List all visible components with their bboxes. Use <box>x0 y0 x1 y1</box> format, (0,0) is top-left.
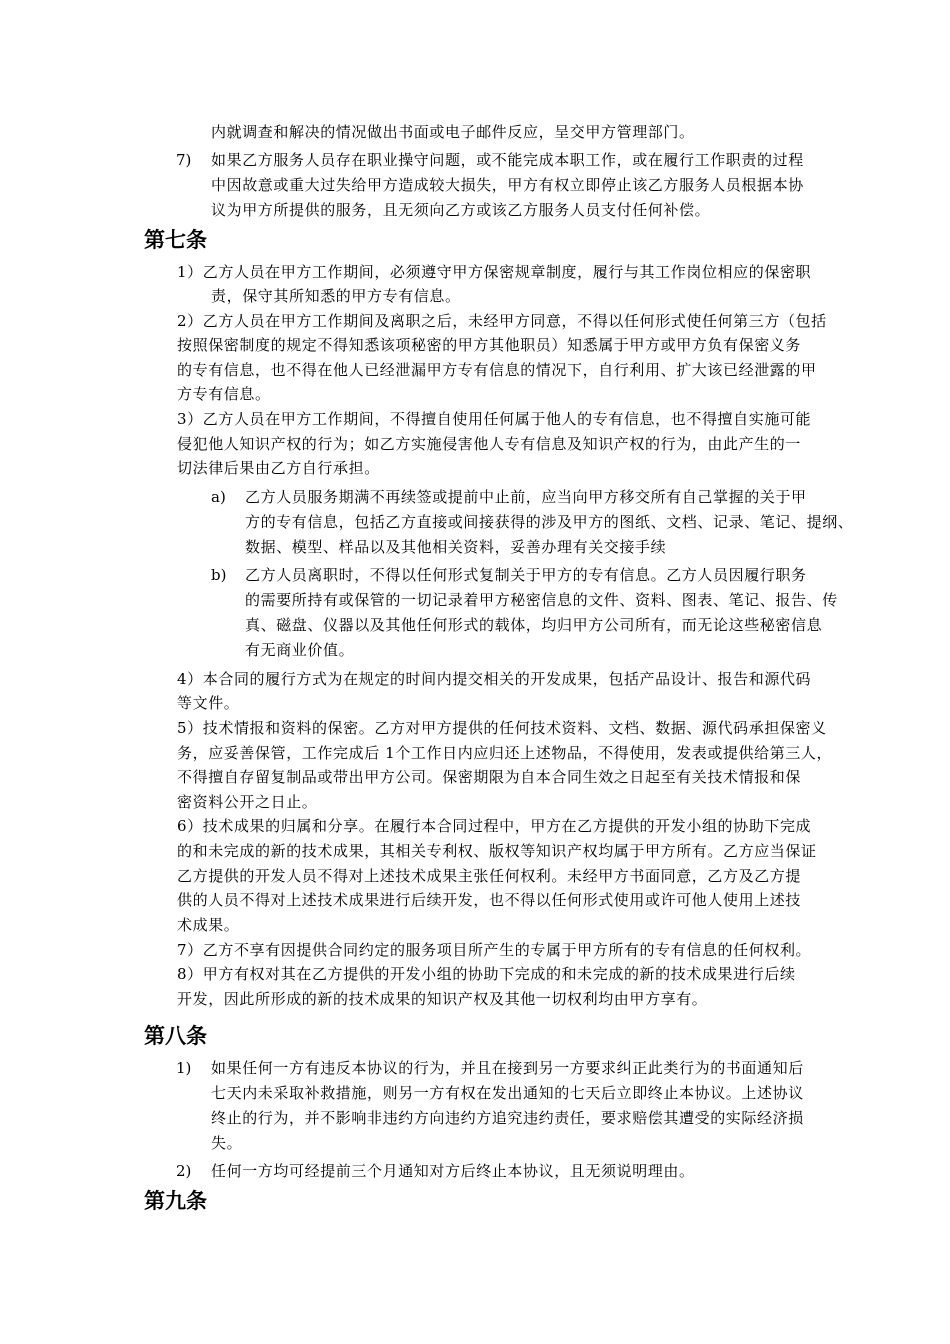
paragraph-line: 7）乙方不享有因提供合同约定的服务项目所产生的专属于甲方所有的专有信息的任何权利… <box>177 940 811 960</box>
paragraph-line: 3）乙方人员在甲方工作期间，不得擅自使用任何属于他人的专有信息，也不得擅自实施可… <box>177 409 811 429</box>
paragraph-line: 失。 <box>211 1133 242 1153</box>
paragraph-line: 2）乙方人员在甲方工作期间及离职之后，未经甲方同意，不得以任何形式使任何第三方（… <box>177 311 827 331</box>
paragraph-line: 如果乙方服务人员存在职业操守问题，或不能完成本职工作，或在履行工作职责的过程 <box>211 150 804 170</box>
list-letter: a) <box>211 487 226 507</box>
paragraph-line: 切法律后果由乙方自行承担。 <box>177 458 380 478</box>
paragraph-line: 方的专有信息，包括乙方直接或间接获得的涉及甲方的图纸、文档、记录、笔记、提纲、 <box>245 512 853 532</box>
paragraph-line: 的需要所持有或保管的一切记录着甲方秘密信息的文件、资料、图表、笔记、报告、传 <box>245 590 838 610</box>
paragraph-line: 的专有信息，也不得在他人已经泄漏甲方专有信息的情况下，自行利用、扩大该已经泄露的… <box>177 360 817 380</box>
paragraph-line: 等文件。 <box>177 693 239 713</box>
paragraph-line: 乙方提供的开发人员不得对上述技术成果主张任何权利。未经甲方书面同意，乙方及乙方提 <box>177 866 801 886</box>
paragraph-line: 6）技术成果的归属和分享。在履行本合同过程中，甲方在乙方提供的开发小组的协助下完… <box>177 816 811 836</box>
paragraph-line: 中因故意或重大过失给甲方造成较大损失，甲方有权立即停止该乙方服务人员根据本协 <box>211 175 804 195</box>
paragraph-line: 终止的行为，并不影响非违约方向违约方追究违约责任，要求赔偿其遭受的实际经济损 <box>211 1108 804 1128</box>
paragraph-line: 责，保守其所知悉的甲方专有信息。 <box>211 286 461 306</box>
paragraph-line: 供的人员不得对上述技术成果进行后续开发，也不得以任何形式使用或许可他人使用上述技 <box>177 890 801 910</box>
paragraph-line: 有无商业价值。 <box>245 640 354 660</box>
paragraph-line: 七天内未采取补救措施，则另一方有权在发出通知的七天后立即终止本协议。上述协议 <box>211 1083 804 1103</box>
list-number: 1) <box>176 1058 191 1078</box>
paragraph-line: 内就调查和解决的情况做出书面或电子邮件反应，呈交甲方管理部门。 <box>211 122 695 142</box>
paragraph-line: 数据、模型、样品以及其他相关资料，妥善办理有关交接手续 <box>245 537 666 557</box>
paragraph-line: 乙方人员离职时，不得以任何形式复制关于甲方的专有信息。乙方人员因履行职务 <box>245 565 807 585</box>
list-number: 7) <box>176 150 191 170</box>
paragraph-line: 1）乙方人员在甲方工作期间，必须遵守甲方保密规章制度，履行与其工作岗位相应的保密… <box>177 262 811 282</box>
paragraph-line: 开发，因此所形成的新的技术成果的知识产权及其他一切权利均由甲方享有。 <box>177 989 707 1009</box>
paragraph-line: 5）技术情报和资料的保密。乙方对甲方提供的任何技术资料、文档、数据、源代码承担保… <box>177 718 827 738</box>
paragraph-line: 按照保密制度的规定不得知悉该项秘密的甲方其他职员）知悉属于甲方或甲方负有保密义务 <box>177 335 801 355</box>
paragraph-line: 如果任何一方有违反本协议的行为，并且在接到另一方要求纠正此类行为的书面通知后 <box>211 1058 804 1078</box>
article-heading: 第九条 <box>144 1188 207 1214</box>
paragraph-line: 不得擅自存留复制品或带出甲方公司。保密期限为自本合同生效之日起至有关技术情报和保 <box>177 767 801 787</box>
paragraph-line: 密资料公开之日止。 <box>177 792 317 812</box>
paragraph-line: 议为甲方所提供的服务，且无须向乙方或该乙方服务人员支付任何补偿。 <box>211 200 710 220</box>
list-number: 2) <box>176 1161 191 1181</box>
paragraph-line: 务，应妥善保管，工作完成后 1个工作日内应归还上述物品，不得使用，发表或提供给第… <box>177 743 832 763</box>
paragraph-line: 乙方人员服务期满不再续签或提前中止前，应当向甲方移交所有自己掌握的关于甲 <box>245 487 807 507</box>
paragraph-line: 8）甲方有权对其在乙方提供的开发小组的协助下完成的和未完成的新的技术成果进行后续 <box>177 964 796 984</box>
article-heading: 第七条 <box>144 227 207 253</box>
paragraph-line: 真、磁盘、仪器以及其他任何形式的载体，均归甲方公司所有，而无论这些秘密信息 <box>245 615 822 635</box>
article-heading: 第八条 <box>144 1023 207 1049</box>
paragraph-line: 任何一方均可经提前三个月通知对方后终止本协议，且无须说明理由。 <box>211 1161 695 1181</box>
paragraph-line: 术成果。 <box>177 915 239 935</box>
list-letter: b) <box>211 565 226 585</box>
paragraph-line: 侵犯他人知识产权的行为；如乙方实施侵害他人专有信息及知识产权的行为，由此产生的一 <box>177 434 801 454</box>
paragraph-line: 4）本合同的履行方式为在规定的时间内提交相关的开发成果，包括产品设计、报告和源代… <box>177 669 811 689</box>
document-page: 内就调查和解决的情况做出书面或电子邮件反应，呈交甲方管理部门。 7) 如果乙方服… <box>0 0 950 1344</box>
paragraph-line: 的和未完成的新的技术成果，其相关专利权、版权等知识产权均属于甲方所有。乙方应当保… <box>177 841 817 861</box>
paragraph-line: 方专有信息。 <box>177 384 271 404</box>
